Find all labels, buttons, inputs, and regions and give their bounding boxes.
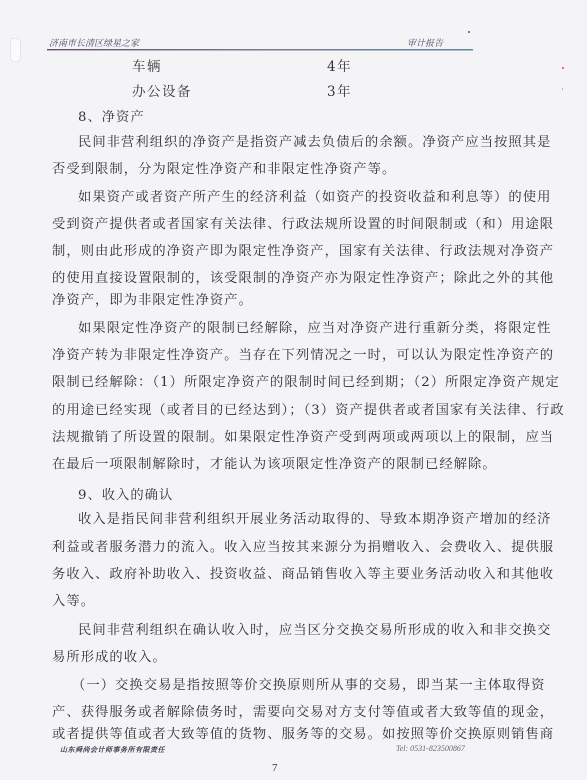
paragraph-line: 净资产，即为非限定性净资产。: [52, 293, 500, 309]
paragraph-line: 如果限定性净资产的限制已经解除，应当对净资产进行重新分类，将限定性: [78, 321, 526, 337]
scan-speck: [468, 31, 470, 33]
paragraph-line: 法规撤销了所设置的限制。如果限定性净资产受到两项或两项以上的限制，应当: [52, 430, 500, 446]
depreciation-years: 3年: [327, 80, 352, 100]
depreciation-item: 车辆: [132, 55, 162, 75]
paragraph-line: 易所形成的收入。: [52, 650, 500, 666]
paragraph-line: 民间非营利组织的净资产是指资产减去负债后的余额。净资产应当按照其是: [78, 135, 526, 151]
header-divider: [47, 49, 473, 51]
page-number: 7: [272, 762, 278, 774]
paragraph-line: 入等。: [52, 594, 500, 610]
paragraph-line: 收入是指民间非营利组织开展业务活动取得的、导致本期净资产增加的经济: [78, 512, 526, 528]
paragraph-line: 在最后一项限制解除时，才能认为该项限定性净资产的限制已经解除。: [52, 457, 500, 473]
binder-hole-mark: [10, 38, 21, 62]
footer-firm-name: 山东舜尚会计师事务所有限责任: [60, 745, 165, 755]
section-title-revenue: 9、收入的确认: [78, 484, 173, 503]
footer-telephone: Tel: 0531-823500867: [396, 744, 465, 753]
depreciation-item: 办公设备: [132, 80, 192, 100]
paragraph-line: （一）交换交易是指按照等价交换原则所从事的交易，即当某一主体取得资: [72, 678, 520, 694]
section-title-net-assets: 8、净资产: [78, 106, 145, 125]
paragraph-line: 或者提供等值或者大致等值的货物、服务等的交易。如按照等价交换原则销售商: [52, 727, 500, 743]
document-page: 济南市长清区绿星之家 审计报告 车辆 4年 办公设备 3年 8、净资产 民间非营…: [0, 0, 587, 780]
paragraph-line: 务收入、政府补助收入、投资收益、商品销售收入等主要业务活动收入和其他收: [52, 567, 500, 583]
paragraph-line: 否受到限制，分为限定性净资产和非限定性净资产等。: [52, 162, 500, 178]
paragraph-line: 制，则由此形成的净资产即为限定性净资产，国家有关法律、行政法规对净资产: [52, 244, 500, 260]
paragraph-line: 限制已经解除：（1）所限定净资产的限制时间已经到期；（2）所限定净资产规定: [52, 375, 500, 391]
scan-speck: [562, 67, 564, 69]
paragraph-line: 受到资产提供者或者国家有关法律、行政法规所设置的时间限制或（和）用途限: [52, 217, 500, 233]
paragraph-line: 的使用直接设置限制的，该受限制的净资产亦为限定性净资产；除此之外的其他: [52, 271, 500, 287]
depreciation-years: 4年: [327, 55, 352, 75]
paragraph-line: 产、获得服务或者解除债务时，需要向交易对方支付等值或者大致等值的现金，: [52, 705, 500, 721]
page-header: 济南市长清区绿星之家 审计报告: [47, 36, 473, 48]
header-report-type: 审计报告: [407, 36, 443, 49]
paragraph-line: 利益或者服务潜力的流入。收入应当按其来源分为捐赠收入、会费收入、提供服: [52, 540, 500, 556]
paragraph-line: 净资产转为非限定性净资产。当存在下列情况之一时，可以认为限定性净资产的: [52, 348, 500, 364]
paragraph-line: 民间非营利组织在确认收入时，应当区分交换交易所形成的收入和非交换交: [78, 623, 526, 639]
header-organization: 济南市长清区绿星之家: [49, 36, 139, 49]
paragraph-line: 的用途已经实现（或者目的已经达到）；（3）资产提供者或者国家有关法律、行政: [52, 403, 500, 419]
scan-speck: [562, 88, 563, 90]
paragraph-line: 如果资产或者资产所产生的经济利益（如资产的投资收益和利息等）的使用: [78, 190, 526, 206]
